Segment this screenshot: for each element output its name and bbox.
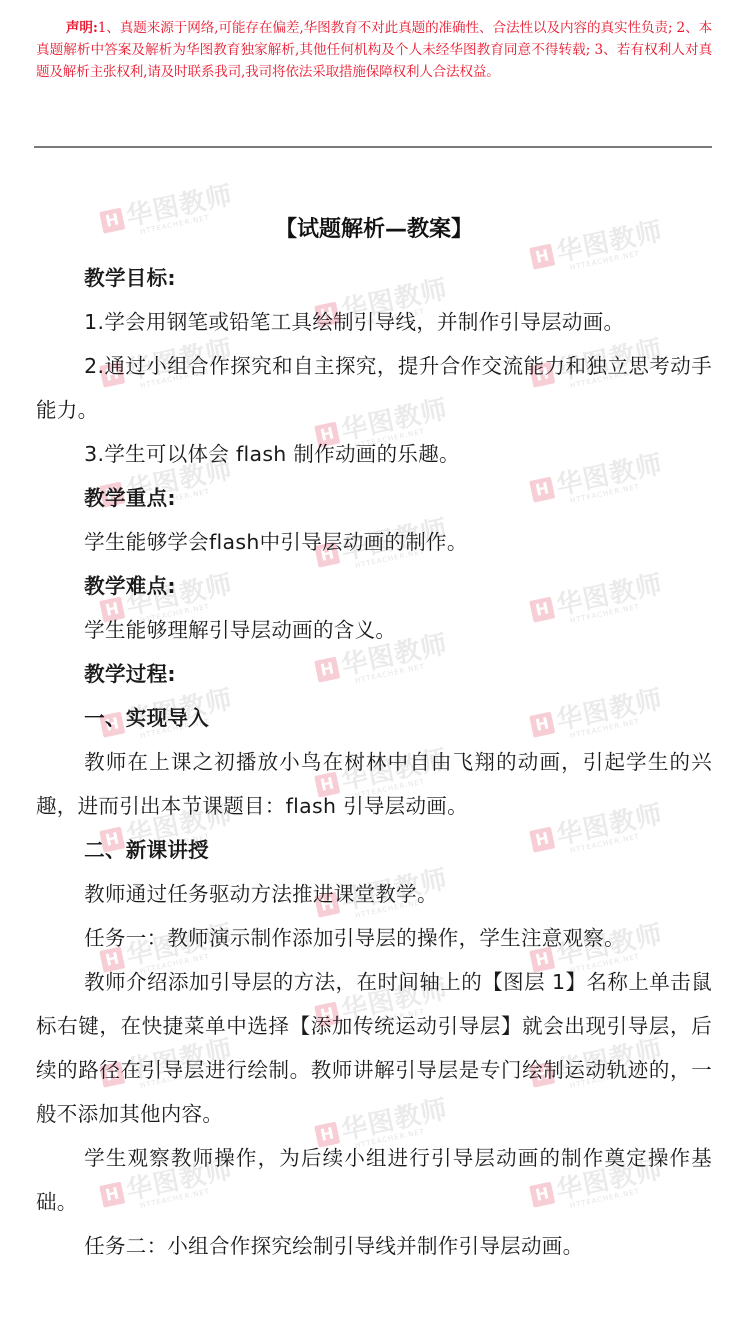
goal-item: 1.学会用钢笔或铅笔工具绘制引导线，并制作引导层动画。 [36,300,712,344]
heading-difficulties: 教学难点: [36,564,712,608]
goal-item: 2.通过小组合作探究和自主探究，提升合作交流能力和独立思考动手能力。 [36,344,712,432]
page-title: 【试题解析—教案】 [0,212,748,243]
paragraph: 学生能够学会flash中引导层动画的制作。 [36,520,712,564]
heading-teaching-process: 教学过程: [36,652,712,696]
header-divider [34,146,712,148]
paragraph: 学生观察教师操作，为后续小组进行引导层动画的制作奠定操作基础。 [36,1136,712,1224]
lesson-plan-body: 教学目标: 1.学会用钢笔或铅笔工具绘制引导线，并制作引导层动画。 2.通过小组… [36,256,712,1268]
paragraph: 教师通过任务驱动方法推进课堂教学。 [36,872,712,916]
paragraph: 任务二：小组合作探究绘制引导线并制作引导层动画。 [36,1224,712,1268]
heading-key-points: 教学重点: [36,476,712,520]
document-page: H华图教师HTTEACHER.NET H华图教师HTTEACHER.NET H华… [0,0,748,1335]
paragraph: 教师在上课之初播放小鸟在树林中自由飞翔的动画，引起学生的兴趣，进而引出本节课题目… [36,740,712,828]
goal-item: 3.学生可以体会 flash 制作动画的乐趣。 [36,432,712,476]
heading-teaching-goals: 教学目标: [36,256,712,300]
disclaimer-text: 1、真题来源于网络,可能存在偏差,华图教育不对此真题的准确性、合法性以及内容的真… [36,20,712,80]
paragraph: 任务一：教师演示制作添加引导层的操作，学生注意观察。 [36,916,712,960]
disclaimer: 声明:1、真题来源于网络,可能存在偏差,华图教育不对此真题的准确性、合法性以及内… [36,17,712,83]
heading-new-lesson: 二、新课讲授 [36,828,712,872]
disclaimer-lead: 声明: [66,20,98,36]
paragraph: 教师介绍添加引导层的方法，在时间轴上的【图层 1】名称上单击鼠标右键，在快捷菜单… [36,960,712,1136]
heading-introduction: 一、实现导入 [36,696,712,740]
paragraph: 学生能够理解引导层动画的含义。 [36,608,712,652]
